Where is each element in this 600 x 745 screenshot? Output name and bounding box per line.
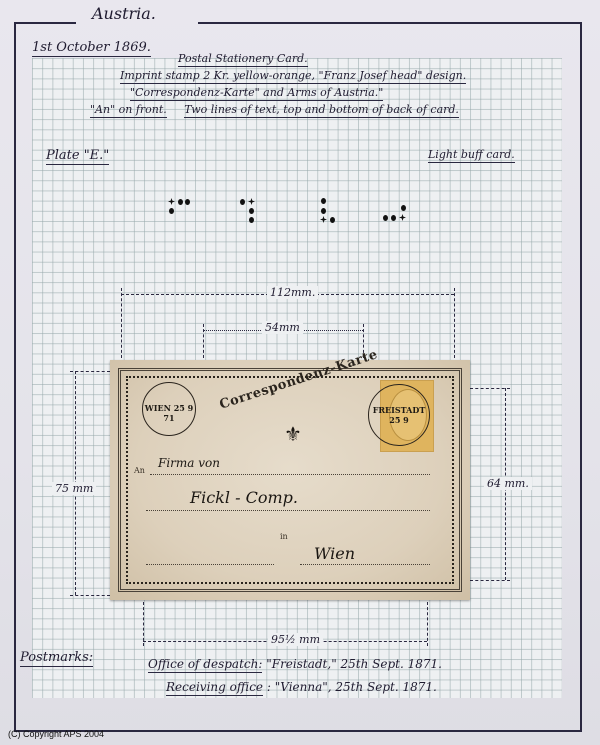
- dimension-tick-75-top: [70, 371, 110, 372]
- plate-star-icon: [168, 198, 175, 205]
- receiving-postmark-text: WIEN 25 9 71: [143, 403, 195, 423]
- receiving-value: : "Vienna", 25th Sept. 1871.: [267, 680, 437, 694]
- address-rule-1: [150, 474, 430, 475]
- postal-stationery-card: WIEN 25 9 71 Correspondenz-Karte ⚜ FREIS…: [110, 360, 470, 600]
- page-title: Austria.: [92, 4, 156, 23]
- plate-dot-icon: [249, 217, 254, 223]
- plate-dots-group-2: [240, 198, 264, 222]
- despatch-value: "Freistadt," 25th Sept. 1871.: [266, 657, 442, 671]
- plate-dot-icon: [330, 217, 335, 223]
- dimension-tick-64-bottom: [470, 580, 510, 581]
- address-prefix: An: [134, 466, 145, 475]
- despatch-postmark-text: FREISTADT 25 9: [369, 405, 429, 425]
- dimension-label-112mm: 112mm.: [267, 286, 318, 299]
- description-line-3a: "An" on front.: [90, 103, 167, 118]
- plate-dots-group-1: [168, 198, 192, 222]
- plate-label: Plate "E.": [46, 148, 109, 165]
- despatch-label: Office of despatch:: [148, 657, 262, 673]
- dimension-label-75mm: 75 mm: [52, 482, 96, 495]
- address-rule-3b: [300, 564, 430, 565]
- plate-star-icon: [248, 198, 255, 205]
- description-heading: Postal Stationery Card.: [178, 52, 308, 67]
- plate-dot-icon: [321, 208, 326, 214]
- postmarks-title: Postmarks:: [20, 650, 93, 667]
- plate-dot-icon: [178, 199, 183, 205]
- address-rule-2: [146, 510, 430, 511]
- plate-star-icon: [320, 216, 327, 223]
- frame-top-left-rule: [14, 22, 76, 24]
- dimension-tick-95-left: [143, 602, 144, 646]
- receiving-postmark: WIEN 25 9 71: [142, 382, 196, 436]
- dimension-label-54mm: 54mm: [262, 321, 303, 334]
- address-in: in: [280, 532, 288, 541]
- dimension-label-64mm: 64 mm.: [484, 477, 532, 490]
- description-line-3: "An" on front. Two lines of text, top an…: [90, 103, 459, 116]
- plate-dot-icon: [185, 199, 190, 205]
- postmark-receiving-note: Receiving office : "Vienna", 25th Sept. …: [166, 680, 437, 694]
- plate-dots-group-4: [383, 204, 407, 228]
- plate-dot-icon: [169, 208, 174, 214]
- album-page: Austria. 1st October 1869. Postal Statio…: [0, 0, 600, 745]
- address-rule-3a: [146, 564, 274, 565]
- copyright-notice: (C) Copyright APS 2004: [8, 729, 104, 739]
- address-city: Wien: [314, 544, 355, 563]
- dimension-tick-112-right: [454, 288, 455, 358]
- plate-dots-group-3: [320, 198, 344, 222]
- plate-dot-icon: [383, 215, 388, 221]
- description-line-2: "Correspondenz-Karte" and Arms of Austri…: [130, 86, 383, 101]
- dimension-label-95mm: 95½ mm: [268, 633, 323, 646]
- issue-date: 1st October 1869.: [32, 40, 151, 57]
- frame-top-right-rule: [198, 22, 582, 24]
- plate-dot-icon: [240, 199, 245, 205]
- dimension-tick-95-right: [427, 602, 428, 646]
- despatch-postmark: FREISTADT 25 9: [368, 384, 430, 446]
- receiving-label: Receiving office: [166, 680, 263, 696]
- address-line-1: Firma von: [158, 456, 220, 470]
- card-color-label: Light buff card.: [428, 148, 515, 163]
- plate-dot-icon: [391, 215, 396, 221]
- description-line-3b: Two lines of text, top and bottom of bac…: [184, 103, 459, 118]
- plate-dot-icon: [401, 205, 406, 211]
- austrian-arms-icon: ⚜: [282, 422, 304, 446]
- postmark-despatch-note: Office of despatch: "Freistadt," 25th Se…: [148, 657, 442, 671]
- dimension-tick-75-bottom: [70, 595, 110, 596]
- plate-dot-icon: [249, 208, 254, 214]
- dimension-tick-54-left: [203, 324, 204, 358]
- plate-dot-icon: [321, 198, 326, 204]
- address-line-2: Fickl - Comp.: [190, 488, 298, 507]
- dimension-tick-64-top: [470, 388, 510, 389]
- plate-star-icon: [399, 214, 406, 221]
- description-line-1: Imprint stamp 2 Kr. yellow-orange, "Fran…: [120, 69, 466, 84]
- dimension-tick-112-left: [121, 288, 122, 358]
